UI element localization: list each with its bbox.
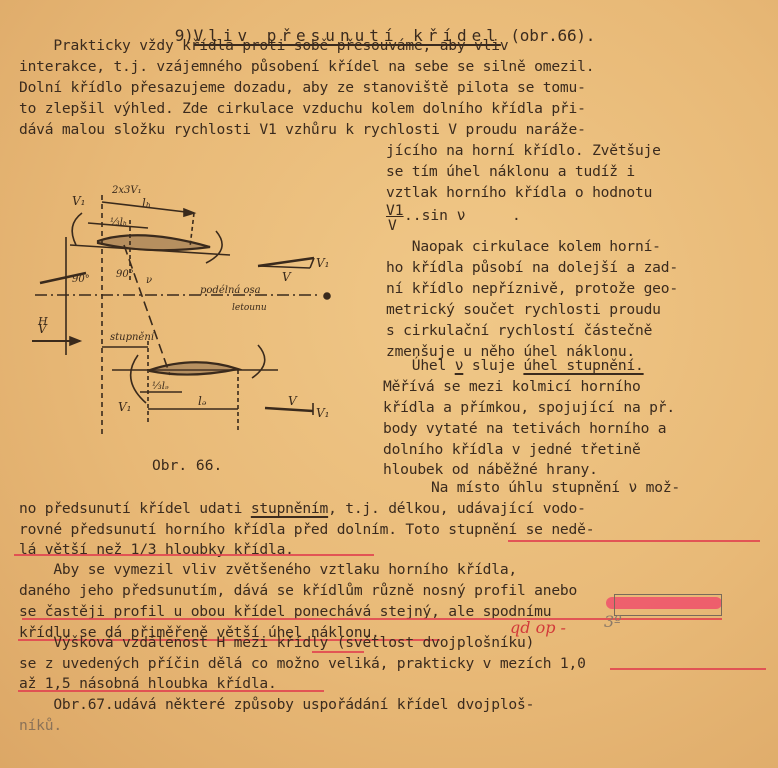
p4-line-4: lá větší než 1/3 hloubky křídla. bbox=[19, 540, 294, 560]
p3-line-4: body vytaté na tetivách horního a bbox=[383, 419, 666, 439]
p3-line-5: dolního křídla v jedné třetině bbox=[383, 440, 641, 460]
formula-rest: ..sin ν bbox=[404, 209, 466, 223]
label-90a: 90° bbox=[72, 274, 90, 285]
label-l-upper: lₕ bbox=[142, 196, 151, 210]
label-v1-lower: V₁ bbox=[118, 400, 131, 414]
p1-line-3: Dolní křídlo přesazujeme dozadu, aby ze … bbox=[19, 78, 586, 98]
p1-line-1: Prakticky vždy křídla proti sobě přesouv… bbox=[19, 36, 508, 56]
label-third-lower: ⅓lₔ bbox=[152, 381, 169, 392]
p4-post: , t.j. délkou, udávající vodo- bbox=[328, 500, 586, 517]
p1-right-line-3: vztlak horního křídla o hodnotu bbox=[386, 183, 652, 203]
term-stupnenim: stupněním bbox=[251, 500, 328, 517]
p7-line-1: Obr.67.udává některé způsoby uspořádání … bbox=[19, 695, 534, 715]
figure-ref: (obr.66). bbox=[510, 26, 595, 45]
red-underline bbox=[14, 554, 374, 556]
label-v-left: V bbox=[38, 322, 48, 336]
formula-end: . bbox=[512, 209, 521, 223]
label-v-tri-upper: V bbox=[282, 270, 292, 284]
formula-numerator: V1 bbox=[386, 204, 404, 218]
label-v1-tri-upper: V₁ bbox=[316, 256, 329, 270]
term-uhel-stupneni: úhel stupnění. bbox=[523, 357, 643, 374]
p2-line-1: Naopak cirkulace kolem horní- bbox=[386, 237, 661, 257]
p2-line-5: s cirkulační rychlostí částečně bbox=[386, 321, 652, 341]
figure-caption: Obr. 66. bbox=[152, 457, 222, 474]
label-third-upper: ⅓lₕ bbox=[110, 217, 127, 228]
document-page: 9)Vliv přesunutí křídel (obr.66). Prakti… bbox=[0, 0, 778, 768]
p5-line-1: Aby se vymezil vliv zvětšeného vztlaku h… bbox=[19, 560, 517, 580]
p3-line-3: křídla a přímkou, spojující na př. bbox=[383, 398, 675, 418]
p5-line-2: daného jeho předsunutím, dává se křídlům… bbox=[19, 581, 577, 601]
label-axis2: letounu bbox=[232, 303, 267, 313]
label-l-lower: lₔ bbox=[198, 394, 207, 408]
p7-line-2: níků. bbox=[19, 716, 62, 736]
label-90b: 90° bbox=[116, 269, 134, 280]
p6-line-2: se z uvedených příčin dělá co možno veli… bbox=[19, 654, 586, 674]
p1-right-line-1: jícího na horní křídlo. Zvětšuje bbox=[386, 141, 661, 161]
red-underline bbox=[18, 690, 324, 692]
p3-pre: Úhel bbox=[386, 357, 455, 374]
formula-denominator: V bbox=[388, 219, 397, 233]
red-underline bbox=[312, 651, 364, 653]
p3-line-2: Měřívá se mezi kolmicí horního bbox=[383, 377, 641, 397]
label-v1-top: V₁ bbox=[72, 194, 85, 208]
p2-line-2: ho křídla působí na dolejší a zad- bbox=[386, 258, 678, 278]
p4-line-2: no předsunutí křídel udati stupněním, t.… bbox=[19, 499, 586, 519]
label-v-tri-lower: V bbox=[288, 394, 298, 408]
p2-line-3: ní křídlo nepříznivě, protože geo- bbox=[386, 279, 678, 299]
label-stupneni: stupnění bbox=[110, 332, 156, 343]
biplane-stagger-diagram: V₁ 2x3V₁ lₕ ⅓lₕ 90° 90° ν podélná osa le… bbox=[20, 165, 370, 435]
p4-pre: no předsunutí křídel udati bbox=[19, 500, 251, 517]
label-nu: ν bbox=[146, 275, 152, 286]
red-underline bbox=[508, 540, 760, 542]
p6-line-1: Výšková vzdálenost H mezi křídly (světlo… bbox=[19, 633, 534, 653]
p1-line-5: dává malou složku rychlosti V1 vzhůru k … bbox=[19, 120, 586, 140]
red-underline bbox=[610, 668, 766, 670]
p4-line-3: rovné předsunutí horního křídla před dol… bbox=[19, 520, 594, 540]
p1-line-2: interakce, t.j. vzájemného působení kříd… bbox=[19, 57, 594, 77]
p3-line-6: hloubek od náběžné hrany. bbox=[383, 460, 598, 480]
p2-line-4: metrický součet rychlosti proudu bbox=[386, 300, 661, 320]
pencil-box bbox=[614, 594, 722, 616]
label-axis: podélná osa bbox=[200, 285, 261, 296]
pencil-handwritten-note: 3º bbox=[604, 612, 622, 631]
p3-mid: sluje bbox=[463, 357, 523, 374]
p1-right-line-2: se tím úhel náklonu a tudíž i bbox=[386, 162, 635, 182]
nu-symbol: ν bbox=[455, 357, 464, 374]
label-v1-tri-lower: V₁ bbox=[316, 406, 329, 420]
p1-line-4: to zlepšil výhled. Zde cirkulace vzduchu… bbox=[19, 99, 586, 119]
p4-line-1: Na místo úhlu stupnění ν mož- bbox=[431, 478, 680, 498]
label-formula-top: 2x3V₁ bbox=[111, 185, 142, 196]
p3-line-1: Úhel ν sluje úhel stupnění. bbox=[386, 356, 644, 376]
